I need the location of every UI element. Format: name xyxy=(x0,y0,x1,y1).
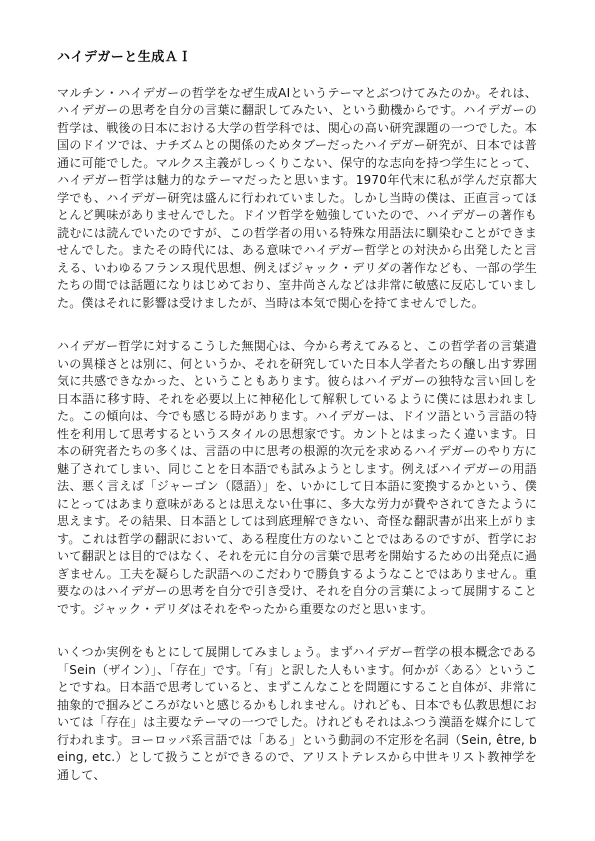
paragraph-3: いくつか実例をもとにして展開してみましょう。まずハイデガー哲学の根本概念である「… xyxy=(57,644,537,784)
document-page: ハイデガーと生成ＡＩ マルチン・ハイデガーの哲学をなぜ生成AIというテーマとぶつ… xyxy=(0,0,595,841)
paragraph-1: マルチン・ハイデガーの哲学をなぜ生成AIというテーマとぶつけてみたのか。それは、… xyxy=(57,85,537,313)
document-title: ハイデガーと生成ＡＩ xyxy=(57,49,537,67)
paragraph-2: ハイデガー哲学に対するこうした無関心は、今から考えてみると、この哲学者の言葉遣い… xyxy=(57,338,537,618)
